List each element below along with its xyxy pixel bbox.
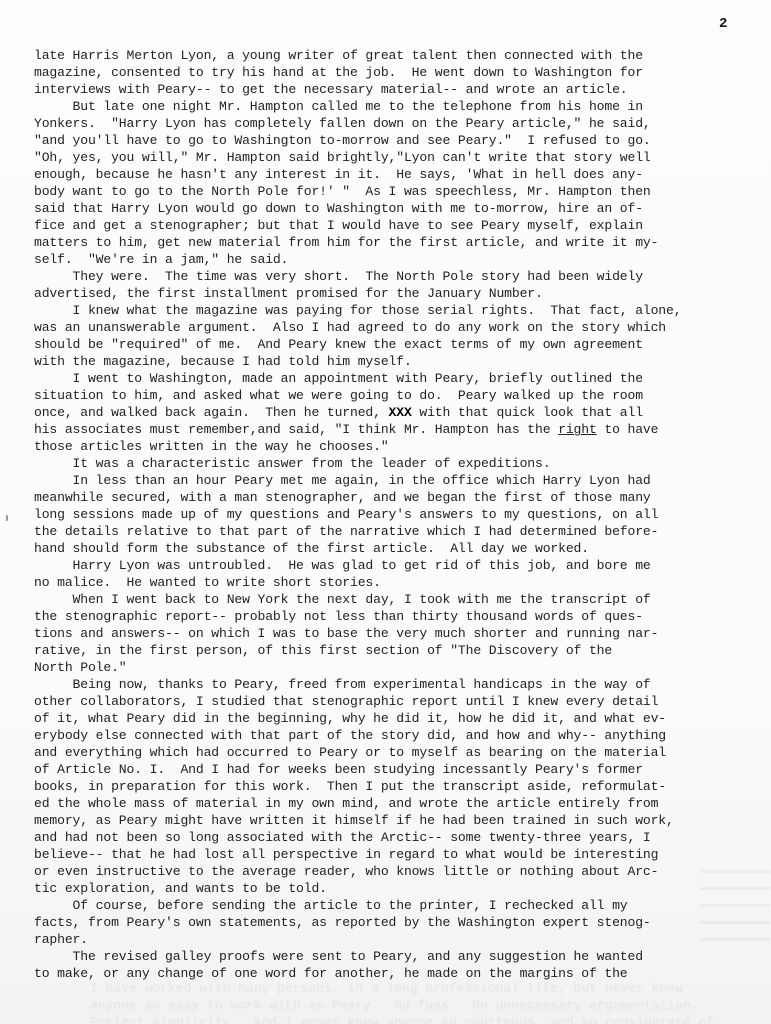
text-line: Yonkers. "Harry Lyon has completely fall… — [34, 115, 754, 132]
text-line: They were. The time was very short. The … — [34, 268, 754, 285]
text-line: ed the whole mass of material in my own … — [34, 795, 754, 812]
text-line: Being now, thanks to Peary, freed from e… — [34, 676, 754, 693]
text-line: believe-- that he had lost all perspecti… — [34, 846, 754, 863]
text-line: his associates must remember,and said, "… — [34, 421, 754, 438]
text-line: long sessions made up of my questions an… — [34, 506, 754, 523]
text-line: enough, because he hasn't any interest i… — [34, 166, 754, 183]
text-line: memory, as Peary might have written it h… — [34, 812, 754, 829]
text-line: body want to go to the North Pole for!' … — [34, 183, 754, 200]
text-line: I went to Washington, made an appointmen… — [34, 370, 754, 387]
text-line: rapher. — [34, 931, 754, 948]
text-line: was an unanswerable argument. Also I had… — [34, 319, 754, 336]
text-line: late Harris Merton Lyon, a young writer … — [34, 47, 754, 64]
text-line: North Pole." — [34, 659, 754, 676]
text-line: tions and answers-- on which I was to ba… — [34, 625, 754, 642]
text-line: "Oh, yes, you will," Mr. Hampton said br… — [34, 149, 754, 166]
text-line: and everything which had occurred to Pea… — [34, 744, 754, 761]
text-line: those articles written in the way he cho… — [34, 438, 754, 455]
paper-speck — [6, 515, 8, 521]
text-line: other collaborators, I studied that sten… — [34, 693, 754, 710]
text-line: In less than an hour Peary met me again,… — [34, 472, 754, 489]
text-line: tic exploration, and wants to be told. — [34, 880, 754, 897]
text-line: rative, in the first person, of this fir… — [34, 642, 754, 659]
show-through-text: I have worked with many persons, in a lo… — [90, 980, 770, 1024]
text-line: The revised galley proofs were sent to P… — [34, 948, 754, 965]
text-line: erybody else connected with that part of… — [34, 727, 754, 744]
text-line: should be "required" of me. And Peary kn… — [34, 336, 754, 353]
body-text: late Harris Merton Lyon, a young writer … — [34, 47, 754, 982]
text-line: once, and walked back again. Then he tur… — [34, 404, 754, 421]
struck-out-text: XXX — [389, 405, 412, 420]
text-line: fice and get a stenographer; but that I … — [34, 217, 754, 234]
text-line: meanwhile secured, with a man stenograph… — [34, 489, 754, 506]
text-line: matters to him, get new material from hi… — [34, 234, 754, 251]
text-line: situation to him, and asked what we were… — [34, 387, 754, 404]
text-line: with the magazine, because I had told hi… — [34, 353, 754, 370]
text-line: But late one night Mr. Hampton called me… — [34, 98, 754, 115]
text-line: the details relative to that part of the… — [34, 523, 754, 540]
text-line: Of course, before sending the article to… — [34, 897, 754, 914]
text-line: Harry Lyon was untroubled. He was glad t… — [34, 557, 754, 574]
underlined-text: right — [558, 422, 597, 437]
text-line: no malice. He wanted to write short stor… — [34, 574, 754, 591]
text-line: and had not been so long associated with… — [34, 829, 754, 846]
text-line: books, in preparation for this work. The… — [34, 778, 754, 795]
text-line: interviews with Peary-- to get the neces… — [34, 81, 754, 98]
page-number: 2 — [719, 16, 727, 32]
text-line: When I went back to New York the next da… — [34, 591, 754, 608]
text-line: magazine, consented to try his hand at t… — [34, 64, 754, 81]
text-line: self. "We're in a jam," he said. — [34, 251, 754, 268]
text-line: the stenographic report-- probably not l… — [34, 608, 754, 625]
text-line: "and you'll have to go to Washington to-… — [34, 132, 754, 149]
text-line: or even instructive to the average reade… — [34, 863, 754, 880]
show-through-marks — [700, 870, 770, 950]
text-line: advertised, the first installment promis… — [34, 285, 754, 302]
text-line: It was a characteristic answer from the … — [34, 455, 754, 472]
text-line: of Article No. I. And I had for weeks be… — [34, 761, 754, 778]
text-line: of it, what Peary did in the beginning, … — [34, 710, 754, 727]
text-line: said that Harry Lyon would go down to Wa… — [34, 200, 754, 217]
text-line: I knew what the magazine was paying for … — [34, 302, 754, 319]
typewritten-page: 2 late Harris Merton Lyon, a young write… — [0, 0, 771, 1024]
text-line: hand should form the substance of the fi… — [34, 540, 754, 557]
text-line: facts, from Peary's own statements, as r… — [34, 914, 754, 931]
